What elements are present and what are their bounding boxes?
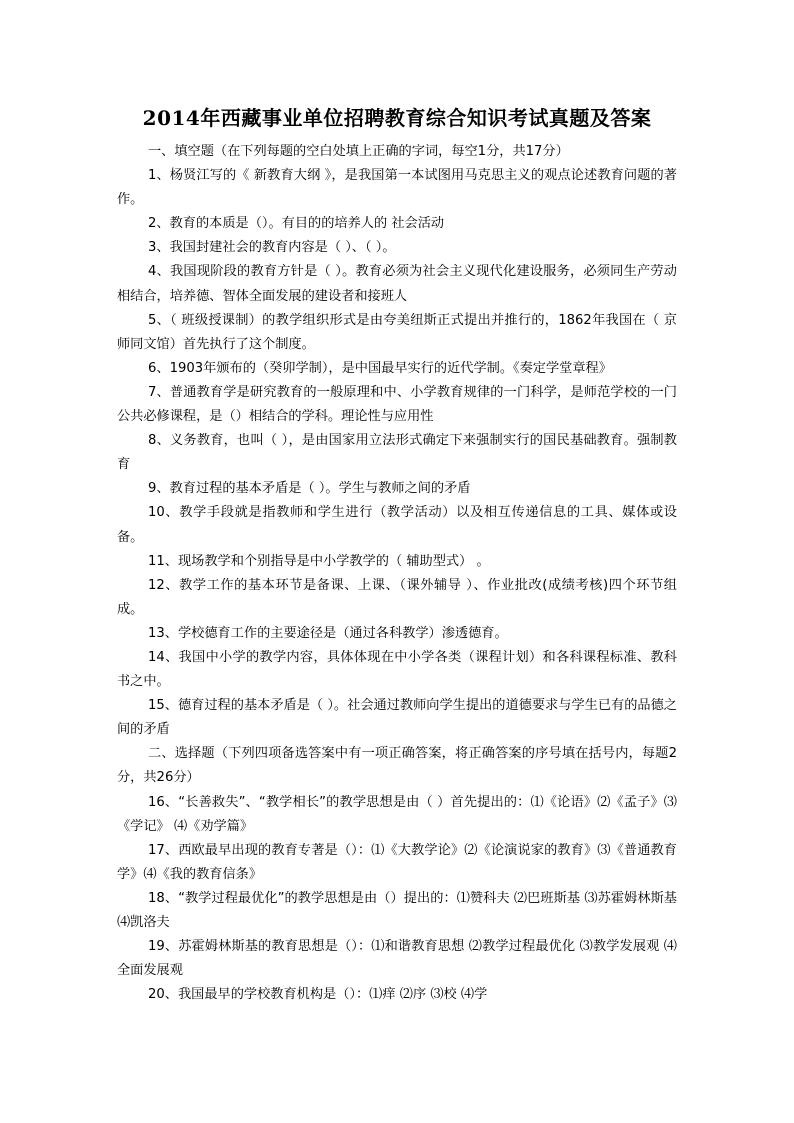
document-page: 2014年西藏事业单位招聘教育综合知识考试真题及答案 一、填空题（在下列每题的空… — [0, 0, 794, 1123]
question-8: 8、义务教育，也叫（ ），是由国家用立法形式确定下来强制实行的国民基础教育。强制… — [117, 429, 677, 477]
question-20: 20、我国最早的学校教育机构是（）：⑴痒 ⑵序 ⑶校 ⑷学 — [117, 983, 677, 1007]
question-10: 10、教学手段就是指教师和学生进行（教学活动）以及相互传递信息的工具、媒体或设备… — [117, 501, 677, 549]
question-18: 18、“教学过程最优化”的教学思想是由（）提出的：⑴赞科夫 ⑵巴班斯基 ⑶苏霍姆… — [117, 887, 677, 935]
question-17: 17、西欧最早出现的教育专著是（）：⑴《大教学论》⑵《论演说家的教育》⑶《普通教… — [117, 839, 677, 887]
section-heading-multiple-choice: 二、选择题（下列四项备选答案中有一项正确答案，将正确答案的序号填在括号内，每题2… — [117, 742, 677, 790]
question-13: 13、学校德育工作的主要途径是（通过各科教学）渗透德育。 — [117, 622, 677, 646]
question-12: 12、教学工作的基本环节是备课、上课、（课外辅导 ）、作业批改(成绩考核)四个环… — [117, 574, 677, 622]
question-19: 19、苏霍姆林斯基的教育思想是（）：⑴和谐教育思想 ⑵教学过程最优化 ⑶教学发展… — [117, 935, 677, 983]
question-9: 9、教育过程的基本矛盾是（ ）。学生与教师之间的矛盾 — [117, 477, 677, 501]
document-title: 2014年西藏事业单位招聘教育综合知识考试真题及答案 — [0, 104, 794, 132]
question-15: 15、德育过程的基本矛盾是（ ）。社会通过教师向学生提出的道德要求与学生已有的品… — [117, 694, 677, 742]
question-5: 5、（ 班级授课制）的教学组织形式是由夸美纽斯正式提出并推行的，1862年我国在… — [117, 309, 677, 357]
question-11: 11、现场教学和个别指导是中小学教学的（ 辅助型式） 。 — [117, 550, 677, 574]
section-heading-fill-in: 一、填空题（在下列每题的空白处填上正确的字词，每空1分，共17分） — [117, 140, 677, 164]
question-14: 14、我国中小学的教学内容，具体体现在中小学各类（课程计划）和各科课程标准、教科… — [117, 646, 677, 694]
question-1: 1、杨贤江写的《 新教育大纲 》，是我国第一本试图用马克思主义的观点论述教育问题… — [117, 164, 677, 212]
question-3: 3、我国封建社会的教育内容是（ ）、（ ）。 — [117, 236, 677, 260]
question-2: 2、教育的本质是（）。有目的的培养人的 社会活动 — [117, 212, 677, 236]
question-4: 4、我国现阶段的教育方针是（ ）。教育必须为社会主义现代化建设服务，必须同生产劳… — [117, 260, 677, 308]
document-body: 一、填空题（在下列每题的空白处填上正确的字词，每空1分，共17分） 1、杨贤江写… — [117, 140, 677, 1007]
question-6: 6、1903年颁布的（癸卯学制），是中国最早实行的近代学制。《奏定学堂章程》 — [117, 357, 677, 381]
question-16: 16、“长善救失”、“教学相长”的教学思想是由（ ）首先提出的：⑴《论语》⑵《孟… — [117, 791, 677, 839]
question-7: 7、普通教育学是研究教育的一般原理和中、小学教育规律的一门科学，是师范学校的一门… — [117, 381, 677, 429]
